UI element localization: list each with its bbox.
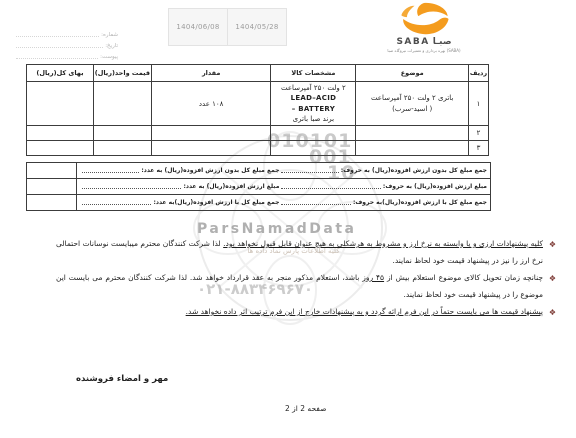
table-row: ۲ [27,126,489,141]
saba-tagline: بهره برداری و تعمیرات نیروگاه صبا (SABA) [387,48,460,53]
attachment-label: پیوست: [100,54,118,60]
quotation-document-page: 010101 001 10 ParsNamadData کلیه اطلاعات… [0,0,576,438]
terms-notes: ❖ کلیه پیشنهادات ارزی و یا وابسته به نرخ… [56,236,543,322]
note-use-this-form: ❖ پیشنهاد قیمت ها می بایست حتماً در این … [56,304,543,321]
page-number: صفحه 2 از 2 [285,404,326,413]
row-no-cell: ۲ [469,126,489,141]
spec-line-2: LEAD–ACID [271,93,355,104]
col-header-total-price: بهای کل(ریال) [27,65,94,82]
number-label: شماره: [101,32,118,38]
items-table-header-row: ردیف موضوع مشخصات کالا مقدار قیمت واحد(ر… [27,65,489,82]
row-no-cell: ۳ [469,141,489,156]
date-label: تاریخ: [105,43,118,49]
attachment-fill-line [16,52,98,59]
fill-dots [281,184,380,189]
total-price-cell [27,141,94,156]
col-header-quantity: مقدار [151,65,271,82]
letterhead-fields: شماره: تاریخ: پیوست: [16,28,118,61]
col-header-specs: مشخصات کالا [271,65,356,82]
total-without-vat-digits-label: جمع مبلغ کل بدون ارزش افزوده(ریال) به عد… [141,167,279,174]
unit-price-cell [93,141,151,156]
parsnamaddata-watermark: ParsNamadData [197,221,357,237]
attachment-field-row: پیوست: [16,50,118,60]
spec-line-3: – BATTERY [271,104,355,115]
seller-signature-label: مهر و امضاء فروشنده [76,374,168,384]
totals-summary: جمع مبلغ کل بدون ارزش افزوده(ریال) به حر… [26,162,491,211]
subject-line-1: باتری ۲ ولت ۲۵۰ آمپرساعت [356,93,468,104]
date-field-row: تاریخ: [16,39,118,49]
saba-wordmark-farsi: صبـا [433,37,452,47]
note-delivery-time: ❖ چنانچه زمان تحویل کالای موضوع استعلام … [56,270,543,303]
quantity-cell [151,141,271,156]
total-with-vat-digits-label: جمع مبلغ کل با ارزش افزوده(ریال)به عدد: [153,199,279,206]
summary-row-vat-amount: مبلغ ارزش افزوده(ریال) به حروف: مبلغ ارز… [27,178,490,194]
fill-dots [82,184,181,189]
quantity-cell: ۱۰۸ عدد [151,82,271,126]
quantity-cell [151,126,271,141]
date-fill-line [16,41,103,48]
fill-dots [281,168,338,173]
specs-cell [271,126,356,141]
spec-line-1: ۲ ولت ۲۵۰ آمپرساعت [271,83,355,94]
table-row: ۱ باتری ۲ ولت ۲۵۰ آمپرساعت ( اسید-سرب) ۲… [27,82,489,126]
vat-amount-digits-label: مبلغ ارزش افزوده(ریال) به عدد: [183,183,279,190]
col-header-unit-price: قیمت واحد(ریال) [93,65,151,82]
subject-line-2: ( اسید-سرب) [356,104,468,115]
table-row: ۳ [27,141,489,156]
summary-row-total-with-vat: جمع مبلغ کل با ارزش افزوده(ریال)به حروف:… [27,194,490,210]
spec-line-4: برند صبا باتری [271,114,355,125]
number-fill-line [16,30,99,37]
vat-amount-words-label: مبلغ ارزش افزوده(ریال) به حروف: [383,183,487,190]
total-price-cell [27,82,94,126]
date-value-2: 1404/05/28 [228,9,286,45]
saba-wordmark: SABA صبـا [396,37,451,47]
note-currency-offers: ❖ کلیه پیشنهادات ارزی و یا وابسته به نرخ… [56,236,543,269]
diamond-bullet-icon: ❖ [549,271,556,288]
total-with-vat-value-cell [27,195,77,210]
specs-cell [271,141,356,156]
unit-price-cell [93,82,151,126]
col-header-row-no: ردیف [469,65,489,82]
dates-box: 1404/06/08 1404/05/28 [168,8,287,46]
row-no-cell: ۱ [469,82,489,126]
fill-dots [281,200,351,205]
fill-dots [82,200,152,205]
date-value-1: 1404/06/08 [169,9,228,45]
vat-amount-value-cell [27,179,77,194]
number-field-row: شماره: [16,28,118,38]
saba-logo: SABA صبـا بهره برداری و تعمیرات نیروگاه … [372,2,476,53]
saba-swoosh-icon [395,2,453,36]
summary-row-total-without-vat: جمع مبلغ کل بدون ارزش افزوده(ریال) به حر… [27,163,490,178]
col-header-subject: موضوع [356,65,469,82]
diamond-bullet-icon: ❖ [549,305,556,322]
total-price-cell [27,126,94,141]
diamond-bullet-icon: ❖ [549,237,556,254]
subject-cell [356,126,469,141]
unit-price-cell [93,126,151,141]
specs-cell: ۲ ولت ۲۵۰ آمپرساعت LEAD–ACID – BATTERY ب… [271,82,356,126]
fill-dots [82,168,139,173]
saba-wordmark-latin: SABA [396,37,429,47]
total-with-vat-words-label: جمع مبلغ کل با ارزش افزوده(ریال)به حروف: [353,199,487,206]
items-table: ردیف موضوع مشخصات کالا مقدار قیمت واحد(ر… [26,64,489,156]
subject-cell: باتری ۲ ولت ۲۵۰ آمپرساعت ( اسید-سرب) [356,82,469,126]
subject-cell [356,141,469,156]
total-without-vat-words-label: جمع مبلغ کل بدون ارزش افزوده(ریال) به حر… [341,167,487,174]
total-without-vat-value-cell [27,163,77,178]
